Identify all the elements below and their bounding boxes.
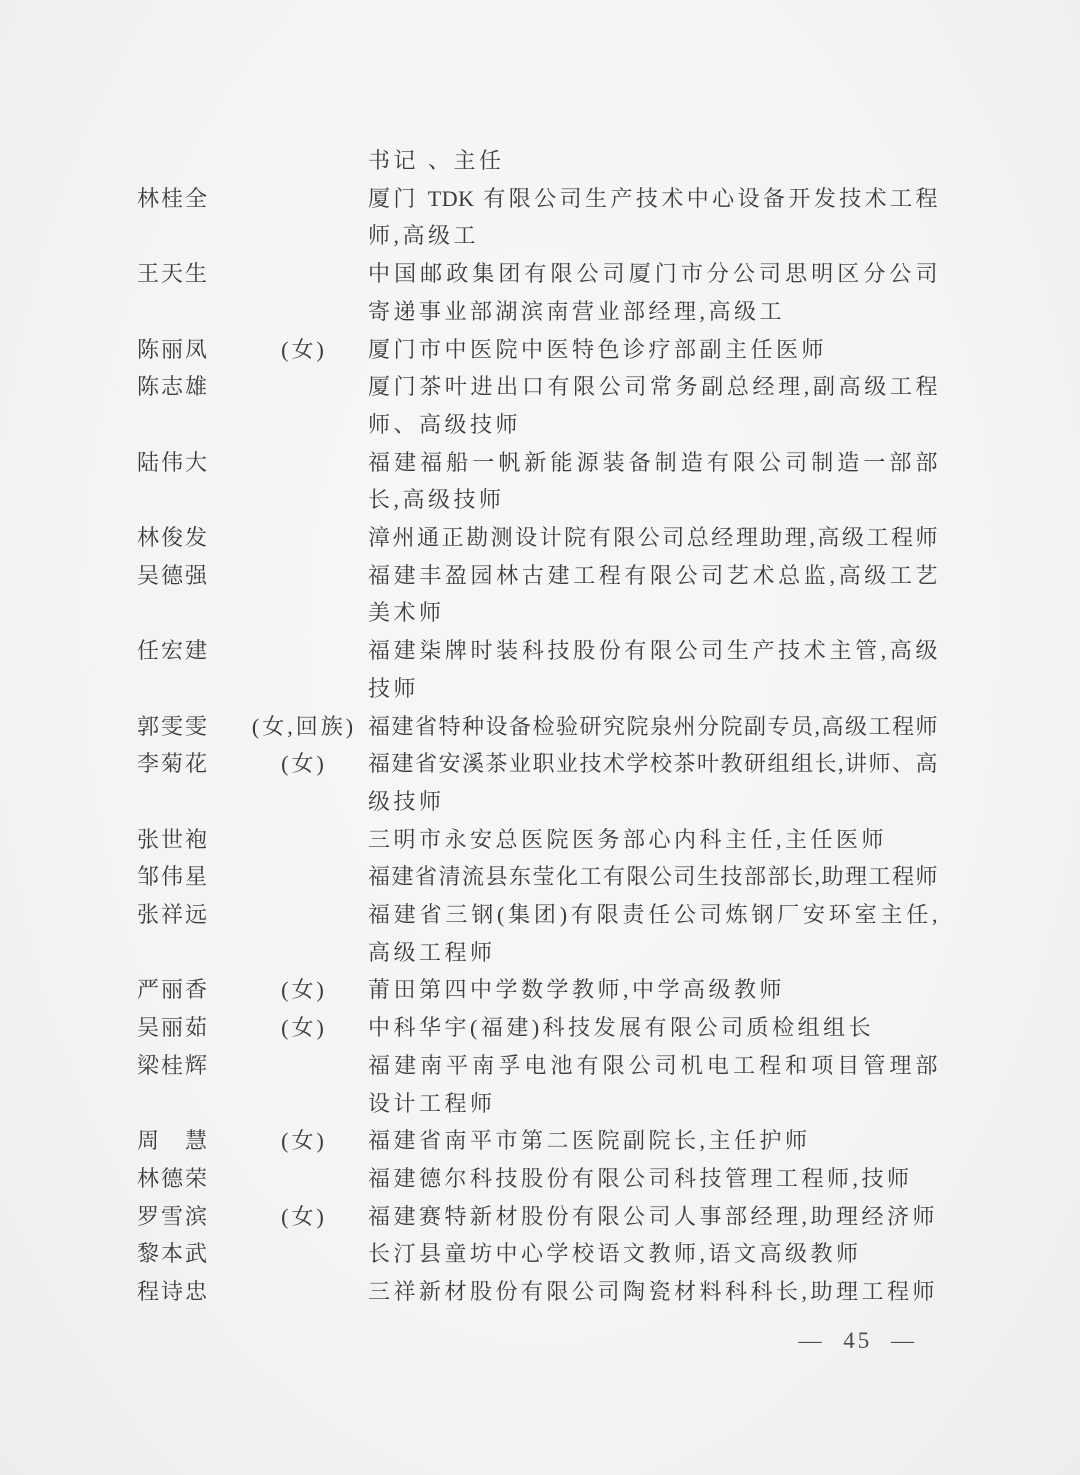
list-item: 严丽香 (女) 莆田第四中学数学教师,中学高级教师 — [137, 971, 942, 1009]
person-title-description: 福建省特种设备检验研究院泉州分院副专员,高级工程师 — [368, 708, 938, 746]
desc-line: 福建柒牌时装科技股份有限公司生产技术主管,高级 — [368, 632, 938, 670]
person-title-description: 福建德尔科技股份有限公司科技管理工程师,技师 — [368, 1160, 938, 1198]
list-item: 邹伟星 福建省清流县东莹化工有限公司生技部部长,助理工程师 — [137, 858, 942, 896]
list-item: 周 慧 (女) 福建省南平市第二医院副院长,主任护师 — [137, 1122, 942, 1160]
desc-line: 长汀县童坊中心学校语文教师,语文高级教师 — [368, 1235, 938, 1273]
list-item: 张世袍 三明市永安总医院医务部心内科主任,主任医师 — [137, 821, 942, 859]
desc-line: 厦门茶叶进出口有限公司常务副总经理,副高级工程 — [368, 368, 938, 406]
gender-ethnicity-note: (女,回族) — [240, 708, 368, 746]
desc-line: 福建南平南孚电池有限公司机电工程和项目管理部 — [368, 1047, 938, 1085]
gender-ethnicity-note: (女) — [240, 331, 368, 369]
person-name: 张世袍 — [137, 821, 240, 859]
person-name: 周 慧 — [137, 1122, 240, 1160]
person-name: 李菊花 — [137, 745, 240, 783]
desc-line: 漳州通正勘测设计院有限公司总经理助理,高级工程师 — [368, 519, 938, 557]
person-title-description: 福建柒牌时装科技股份有限公司生产技术主管,高级技师 — [368, 632, 938, 707]
person-name: 陈志雄 — [137, 368, 240, 406]
person-title-description: 厦门茶叶进出口有限公司常务副总经理,副高级工程师、高级技师 — [368, 368, 938, 443]
person-name: 林俊发 — [137, 519, 240, 557]
list-item: 程诗忠 三祥新材股份有限公司陶瓷材料科科长,助理工程师 — [137, 1273, 942, 1311]
list-item: 任宏建 福建柒牌时装科技股份有限公司生产技术主管,高级技师 — [137, 632, 942, 707]
person-name: 严丽香 — [137, 971, 240, 1009]
person-title-description: 厦门 TDK 有限公司生产技术中心设备开发技术工程师,高级工 — [368, 180, 938, 255]
desc-line: 福建福船一帆新能源装备制造有限公司制造一部部 — [368, 444, 938, 482]
gender-ethnicity-note: (女) — [240, 1198, 368, 1236]
person-title-description: 福建省安溪茶业职业技术学校茶叶教研组组长,讲师、高级技师 — [368, 745, 938, 820]
person-title-description: 书记 、主任 — [368, 142, 938, 180]
person-title-description: 福建福船一帆新能源装备制造有限公司制造一部部长,高级技师 — [368, 444, 938, 519]
desc-line: 技师 — [368, 670, 938, 708]
person-title-description: 福建南平南孚电池有限公司机电工程和项目管理部设计工程师 — [368, 1047, 938, 1122]
gender-ethnicity-note: (女) — [240, 971, 368, 1009]
page-number: — 45 — — [799, 1322, 918, 1360]
person-name: 罗雪滨 — [137, 1198, 240, 1236]
person-title-description: 三祥新材股份有限公司陶瓷材料科科长,助理工程师 — [368, 1273, 938, 1311]
list-item: 吴丽茹 (女) 中科华宇(福建)科技发展有限公司质检组组长 — [137, 1009, 942, 1047]
list-item: 林德荣 福建德尔科技股份有限公司科技管理工程师,技师 — [137, 1160, 942, 1198]
honoree-roster-list: 书记 、主任 林桂全 厦门 TDK 有限公司生产技术中心设备开发技术工程师,高级… — [137, 142, 942, 1311]
desc-line: 福建省三钢(集团)有限责任公司炼钢厂安环室主任, — [368, 896, 938, 934]
list-item: 罗雪滨 (女) 福建赛特新材股份有限公司人事部经理,助理经济师 — [137, 1198, 942, 1236]
desc-line: 福建省安溪茶业职业技术学校茶叶教研组组长,讲师、高 — [368, 745, 938, 783]
desc-line: 福建赛特新材股份有限公司人事部经理,助理经济师 — [368, 1198, 938, 1236]
person-title-description: 中国邮政集团有限公司厦门市分公司思明区分公司寄递事业部湖滨南营业部经理,高级工 — [368, 255, 938, 330]
person-name: 吴德强 — [137, 557, 240, 595]
desc-line: 福建丰盈园林古建工程有限公司艺术总监,高级工艺 — [368, 557, 938, 595]
desc-line: 福建省特种设备检验研究院泉州分院副专员,高级工程师 — [368, 708, 938, 746]
desc-line: 福建德尔科技股份有限公司科技管理工程师,技师 — [368, 1160, 938, 1198]
desc-line: 福建省清流县东莹化工有限公司生技部部长,助理工程师 — [368, 858, 938, 896]
desc-line: 寄递事业部湖滨南营业部经理,高级工 — [368, 293, 938, 331]
person-name: 吴丽茹 — [137, 1009, 240, 1047]
list-item: 书记 、主任 — [137, 142, 942, 180]
person-name: 任宏建 — [137, 632, 240, 670]
person-title-description: 福建赛特新材股份有限公司人事部经理,助理经济师 — [368, 1198, 938, 1236]
person-title-description: 福建省清流县东莹化工有限公司生技部部长,助理工程师 — [368, 858, 938, 896]
person-name: 黎本武 — [137, 1235, 240, 1273]
person-name: 梁桂辉 — [137, 1047, 240, 1085]
person-name: 陆伟大 — [137, 444, 240, 482]
gender-ethnicity-note: (女) — [240, 745, 368, 783]
person-title-description: 厦门市中医院中医特色诊疗部副主任医师 — [368, 331, 938, 369]
gender-ethnicity-note: (女) — [240, 1009, 368, 1047]
list-item: 吴德强 福建丰盈园林古建工程有限公司艺术总监,高级工艺美术师 — [137, 557, 942, 632]
list-item: 林桂全 厦门 TDK 有限公司生产技术中心设备开发技术工程师,高级工 — [137, 180, 942, 255]
desc-line: 中科华宇(福建)科技发展有限公司质检组组长 — [368, 1009, 938, 1047]
person-title-description: 福建省南平市第二医院副院长,主任护师 — [368, 1122, 938, 1160]
list-item: 郭雯雯 (女,回族) 福建省特种设备检验研究院泉州分院副专员,高级工程师 — [137, 708, 942, 746]
person-title-description: 长汀县童坊中心学校语文教师,语文高级教师 — [368, 1235, 938, 1273]
desc-line: 级技师 — [368, 783, 938, 821]
person-name: 张祥远 — [137, 896, 240, 934]
list-item: 陈丽凤 (女) 厦门市中医院中医特色诊疗部副主任医师 — [137, 331, 942, 369]
desc-line: 中国邮政集团有限公司厦门市分公司思明区分公司 — [368, 255, 938, 293]
desc-line: 三明市永安总医院医务部心内科主任,主任医师 — [368, 821, 938, 859]
desc-line: 设计工程师 — [368, 1085, 938, 1123]
person-name: 程诗忠 — [137, 1273, 240, 1311]
person-title-description: 莆田第四中学数学教师,中学高级教师 — [368, 971, 938, 1009]
list-item: 陈志雄 厦门茶叶进出口有限公司常务副总经理,副高级工程师、高级技师 — [137, 368, 942, 443]
desc-line: 三祥新材股份有限公司陶瓷材料科科长,助理工程师 — [368, 1273, 938, 1311]
list-item: 李菊花 (女) 福建省安溪茶业职业技术学校茶叶教研组组长,讲师、高级技师 — [137, 745, 942, 820]
desc-line: 师、高级技师 — [368, 406, 938, 444]
person-name: 王天生 — [137, 255, 240, 293]
person-name: 陈丽凤 — [137, 331, 240, 369]
desc-line: 长,高级技师 — [368, 481, 938, 519]
person-title-description: 福建丰盈园林古建工程有限公司艺术总监,高级工艺美术师 — [368, 557, 938, 632]
list-item: 王天生 中国邮政集团有限公司厦门市分公司思明区分公司寄递事业部湖滨南营业部经理,… — [137, 255, 942, 330]
gender-ethnicity-note: (女) — [240, 1122, 368, 1160]
list-item: 林俊发 漳州通正勘测设计院有限公司总经理助理,高级工程师 — [137, 519, 942, 557]
list-item: 陆伟大 福建福船一帆新能源装备制造有限公司制造一部部长,高级技师 — [137, 444, 942, 519]
desc-line: 书记 、主任 — [368, 142, 938, 180]
desc-line: 莆田第四中学数学教师,中学高级教师 — [368, 971, 938, 1009]
list-item: 黎本武 长汀县童坊中心学校语文教师,语文高级教师 — [137, 1235, 942, 1273]
person-title-description: 三明市永安总医院医务部心内科主任,主任医师 — [368, 821, 938, 859]
document-page: 书记 、主任 林桂全 厦门 TDK 有限公司生产技术中心设备开发技术工程师,高级… — [0, 0, 1080, 1475]
person-title-description: 中科华宇(福建)科技发展有限公司质检组组长 — [368, 1009, 938, 1047]
person-name: 郭雯雯 — [137, 708, 240, 746]
desc-line: 福建省南平市第二医院副院长,主任护师 — [368, 1122, 938, 1160]
person-title-description: 漳州通正勘测设计院有限公司总经理助理,高级工程师 — [368, 519, 938, 557]
person-title-description: 福建省三钢(集团)有限责任公司炼钢厂安环室主任,高级工程师 — [368, 896, 938, 971]
desc-line: 厦门 TDK 有限公司生产技术中心设备开发技术工程 — [368, 180, 938, 218]
desc-line: 师,高级工 — [368, 217, 938, 255]
list-item: 张祥远 福建省三钢(集团)有限责任公司炼钢厂安环室主任,高级工程师 — [137, 896, 942, 971]
list-item: 梁桂辉 福建南平南孚电池有限公司机电工程和项目管理部设计工程师 — [137, 1047, 942, 1122]
person-name: 邹伟星 — [137, 858, 240, 896]
desc-line: 高级工程师 — [368, 934, 938, 972]
desc-line: 厦门市中医院中医特色诊疗部副主任医师 — [368, 331, 938, 369]
person-name: 林桂全 — [137, 180, 240, 218]
desc-line: 美术师 — [368, 594, 938, 632]
person-name: 林德荣 — [137, 1160, 240, 1198]
